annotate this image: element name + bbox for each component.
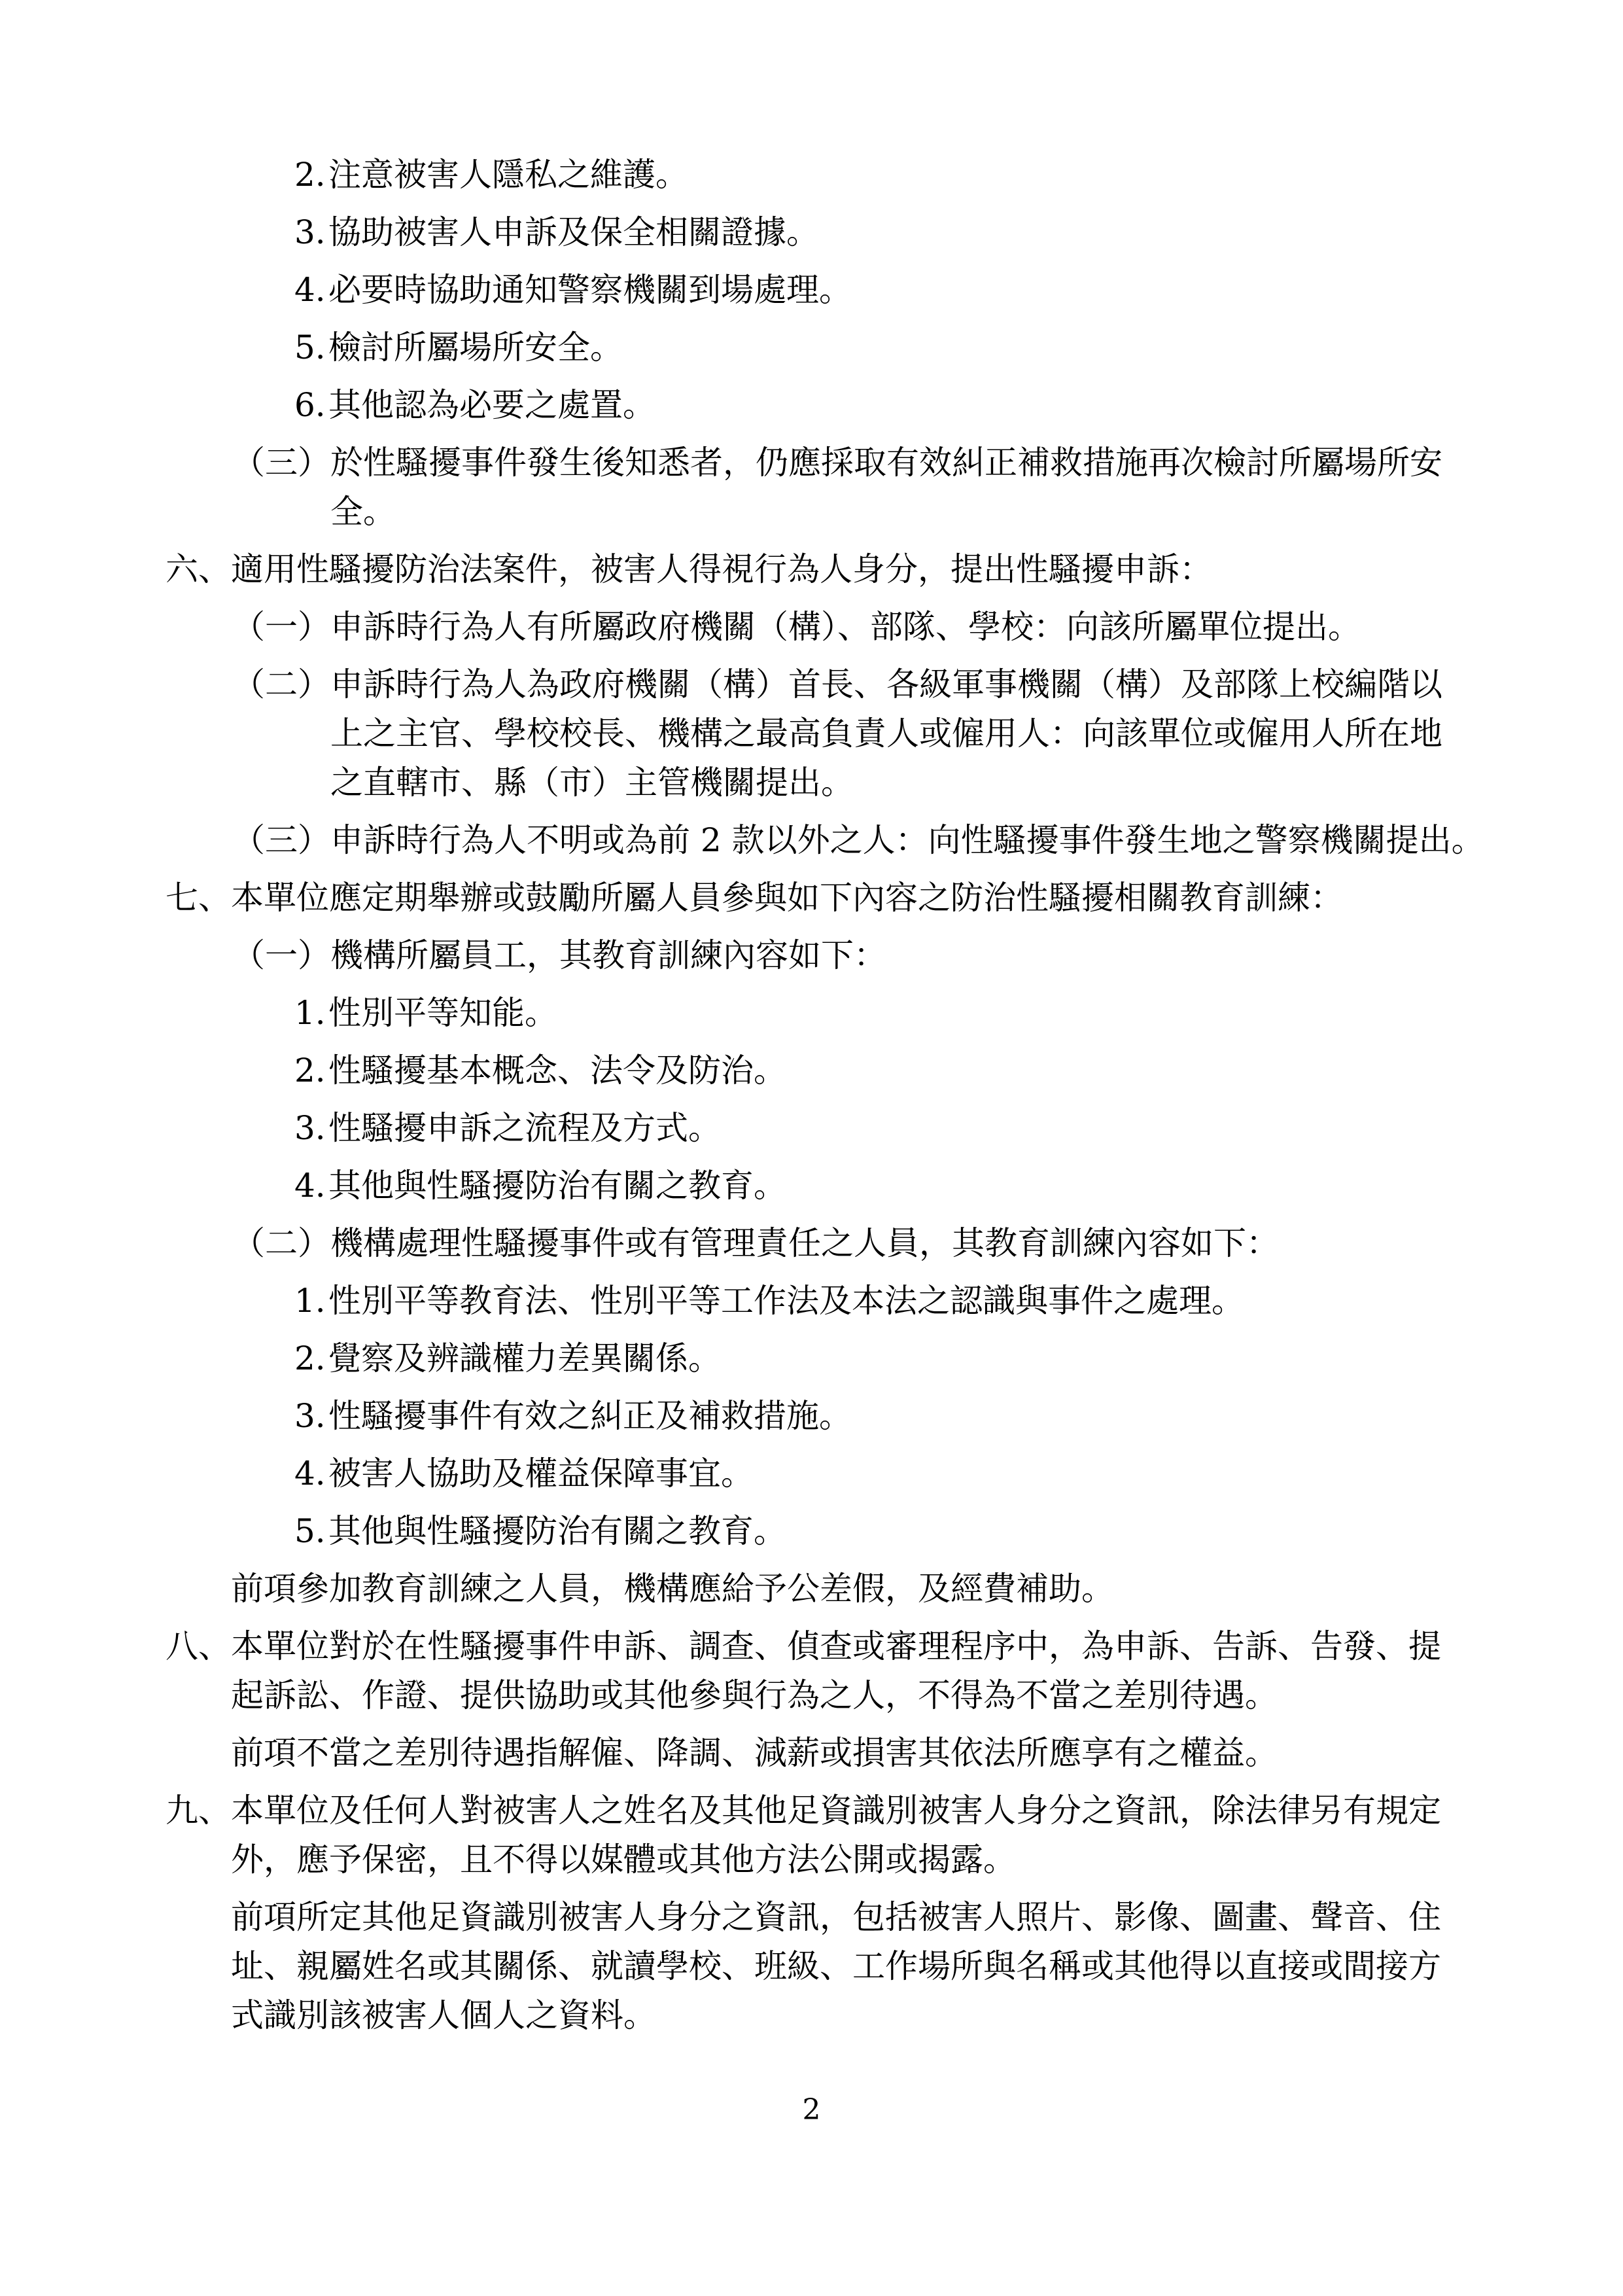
text-line: 六、適用性騷擾防治法案件，被害人得視行為人身分，提出性騷擾申訴：	[0, 545, 1623, 594]
text-line: 2.注意被害人隱私之維護。	[0, 150, 1623, 200]
line-text: 其他認為必要之處置。	[328, 386, 655, 424]
text-line: 前項不當之差別待遇指解僱、降調、減薪或損害其依法所應享有之權益。	[0, 1729, 1623, 1778]
page-number: 2	[0, 2093, 1623, 2128]
line-text: 全。	[330, 493, 396, 531]
text-line: 址、親屬姓名或其關係、就讀學校、班級、工作場所與名稱或其他得以直接或間接方	[0, 1942, 1623, 1991]
line-text: 址、親屬姓名或其關係、就讀學校、班級、工作場所與名稱或其他得以直接或間接方	[231, 1947, 1441, 1985]
list-marker: 1.	[294, 1277, 328, 1326]
text-line: （一）申訴時行為人有所屬政府機關（構）、部隊、學校：向該所屬單位提出。	[0, 603, 1623, 652]
text-line: 之直轄市、縣（市）主管機關提出。	[0, 758, 1623, 807]
list-marker: （一）	[232, 931, 330, 980]
text-line: 6.其他認為必要之處置。	[0, 381, 1623, 430]
list-marker: 4.	[294, 266, 328, 315]
line-text: 申訴時行為人為政府機關（構）首長、各級軍事機關（構）及部隊上校編階以	[330, 665, 1442, 703]
line-text: 適用性騷擾防治法案件，被害人得視行為人身分，提出性騷擾申訴：	[231, 550, 1212, 588]
line-text: 機構所屬員工，其教育訓練內容如下：	[330, 936, 886, 974]
list-marker: 6.	[294, 381, 328, 430]
text-line: 前項參加教育訓練之人員，機構應給予公差假，及經費補助。	[0, 1564, 1623, 1614]
list-marker: （二）	[232, 660, 330, 709]
line-text: 起訴訟、作證、提供協助或其他參與行為之人，不得為不當之差別待遇。	[231, 1676, 1278, 1714]
text-line: 3.協助被害人申訴及保全相關證據。	[0, 208, 1623, 257]
list-marker: （二）	[232, 1219, 330, 1268]
list-marker: 2.	[294, 1046, 328, 1095]
text-line: 5.檢討所屬場所安全。	[0, 323, 1623, 372]
line-text: 之直轄市、縣（市）主管機關提出。	[330, 764, 854, 802]
line-text: 外，應予保密，且不得以媒體或其他方法公開或揭露。	[231, 1841, 1016, 1879]
line-text: 性騷擾申訴之流程及方式。	[328, 1109, 721, 1147]
list-marker: 3.	[294, 208, 328, 257]
text-line: 外，應予保密，且不得以媒體或其他方法公開或揭露。	[0, 1835, 1623, 1884]
line-text: 性別平等教育法、性別平等工作法及本法之認識與事件之處理。	[328, 1282, 1244, 1320]
list-marker: （三）	[232, 816, 330, 865]
line-text: 於性騷擾事件發生後知悉者，仍應採取有效糾正補救措施再次檢討所屬場所安	[330, 444, 1442, 482]
text-line: 上之主官、學校校長、機構之最高負責人或僱用人：向該單位或僱用人所在地	[0, 709, 1623, 758]
document-page: 2.注意被害人隱私之維護。3.協助被害人申訴及保全相關證據。4.必要時協助通知警…	[0, 0, 1623, 2296]
text-line: 全。	[0, 487, 1623, 537]
line-text: 上之主官、學校校長、機構之最高負責人或僱用人：向該單位或僱用人所在地	[330, 715, 1442, 752]
list-marker: 3.	[294, 1104, 328, 1153]
text-line: 起訴訟、作證、提供協助或其他參與行為之人，不得為不當之差別待遇。	[0, 1671, 1623, 1720]
text-line: 1.性別平等教育法、性別平等工作法及本法之認識與事件之處理。	[0, 1277, 1623, 1326]
text-line: 八、本單位對於在性騷擾事件申訴、調查、偵查或審理程序中，為申訴、告訴、告發、提	[0, 1622, 1623, 1671]
text-line: （三）於性騷擾事件發生後知悉者，仍應採取有效糾正補救措施再次檢討所屬場所安	[0, 438, 1623, 487]
line-text: 式識別該被害人個人之資料。	[231, 1996, 656, 2034]
line-text: 注意被害人隱私之維護。	[328, 156, 688, 194]
list-marker: 4.	[294, 1449, 328, 1498]
text-line: 4.必要時協助通知警察機關到場處理。	[0, 266, 1623, 315]
line-text: 申訴時行為人有所屬政府機關（構）、部隊、學校：向該所屬單位提出。	[330, 608, 1361, 646]
line-text: 被害人協助及權益保障事宜。	[328, 1455, 754, 1492]
line-text: 前項參加教育訓練之人員，機構應給予公差假，及經費補助。	[231, 1570, 1114, 1608]
text-line: 2.覺察及辨識權力差異關係。	[0, 1334, 1623, 1383]
list-marker: 七、	[166, 874, 231, 923]
text-line: （一）機構所屬員工，其教育訓練內容如下：	[0, 931, 1623, 980]
list-marker: 3.	[294, 1392, 328, 1441]
text-line: 4.被害人協助及權益保障事宜。	[0, 1449, 1623, 1498]
line-text: 必要時協助通知警察機關到場處理。	[328, 271, 852, 309]
list-marker: 2.	[294, 1334, 328, 1383]
line-text: 機構處理性騷擾事件或有管理責任之人員，其教育訓練內容如下：	[330, 1224, 1279, 1262]
line-text: 前項不當之差別待遇指解僱、降調、減薪或損害其依法所應享有之權益。	[231, 1734, 1278, 1772]
list-marker: 5.	[294, 323, 328, 372]
list-marker: 八、	[166, 1622, 231, 1671]
text-line: 2.性騷擾基本概念、法令及防治。	[0, 1046, 1623, 1095]
text-line: （三）申訴時行為人不明或為前 2 款以外之人：向性騷擾事件發生地之警察機關提出。	[0, 816, 1623, 865]
line-text: 本單位應定期舉辦或鼓勵所屬人員參與如下內容之防治性騷擾相關教育訓練：	[231, 879, 1343, 917]
line-text: 申訴時行為人不明或為前 2 款以外之人：向性騷擾事件發生地之警察機關提出。	[330, 821, 1484, 859]
list-marker: （三）	[232, 438, 330, 487]
list-marker: 九、	[166, 1786, 231, 1835]
line-text: 性騷擾事件有效之糾正及補救措施。	[328, 1397, 852, 1435]
text-line: 3.性騷擾申訴之流程及方式。	[0, 1104, 1623, 1153]
list-marker: 5.	[294, 1507, 328, 1556]
text-line: 式識別該被害人個人之資料。	[0, 1991, 1623, 2040]
text-line: 4.其他與性騷擾防治有關之教育。	[0, 1161, 1623, 1210]
list-marker: （一）	[232, 603, 330, 652]
text-line: 3.性騷擾事件有效之糾正及補救措施。	[0, 1392, 1623, 1441]
list-marker: 2.	[294, 150, 328, 200]
list-marker: 1.	[294, 989, 328, 1038]
line-text: 前項所定其他足資識別被害人身分之資訊，包括被害人照片、影像、圖畫、聲音、住	[231, 1898, 1441, 1936]
line-text: 性別平等知能。	[328, 994, 557, 1032]
line-text: 檢討所屬場所安全。	[328, 328, 623, 366]
text-line: （二）申訴時行為人為政府機關（構）首長、各級軍事機關（構）及部隊上校編階以	[0, 660, 1623, 709]
line-text: 本單位對於在性騷擾事件申訴、調查、偵查或審理程序中，為申訴、告訴、告發、提	[231, 1627, 1441, 1665]
text-line: 九、本單位及任何人對被害人之姓名及其他足資識別被害人身分之資訊，除法律另有規定	[0, 1786, 1623, 1835]
line-text: 其他與性騷擾防治有關之教育。	[328, 1512, 786, 1550]
document-body: 2.注意被害人隱私之維護。3.協助被害人申訴及保全相關證據。4.必要時協助通知警…	[0, 142, 1623, 2040]
text-line: 七、本單位應定期舉辦或鼓勵所屬人員參與如下內容之防治性騷擾相關教育訓練：	[0, 874, 1623, 923]
list-marker: 六、	[166, 545, 231, 594]
line-text: 協助被害人申訴及保全相關證據。	[328, 213, 819, 251]
line-text: 覺察及辨識權力差異關係。	[328, 1339, 721, 1377]
text-line: 1.性別平等知能。	[0, 989, 1623, 1038]
line-text: 本單位及任何人對被害人之姓名及其他足資識別被害人身分之資訊，除法律另有規定	[231, 1792, 1441, 1829]
text-line: （二）機構處理性騷擾事件或有管理責任之人員，其教育訓練內容如下：	[0, 1219, 1623, 1268]
text-line: 前項所定其他足資識別被害人身分之資訊，包括被害人照片、影像、圖畫、聲音、住	[0, 1893, 1623, 1942]
text-line: 5.其他與性騷擾防治有關之教育。	[0, 1507, 1623, 1556]
line-text: 其他與性騷擾防治有關之教育。	[328, 1167, 786, 1205]
line-text: 性騷擾基本概念、法令及防治。	[328, 1051, 786, 1089]
list-marker: 4.	[294, 1161, 328, 1210]
